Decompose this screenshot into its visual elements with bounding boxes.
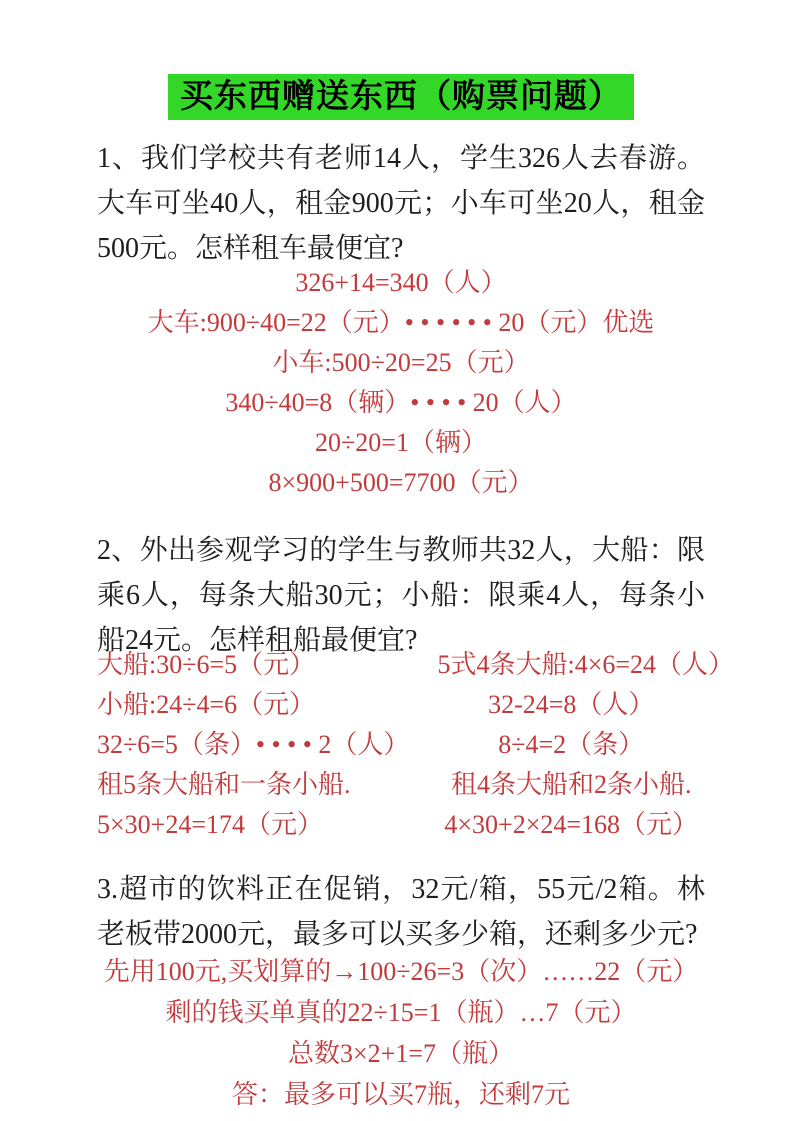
title-row: 买东西赠送东西（购票问题） (97, 74, 705, 120)
solution-line: 小船:24÷4=6（元） (97, 685, 437, 725)
solution-line: 租5条大船和一条小船. (97, 765, 437, 805)
problem-1-solution: 326+14=340（人） 大车:900÷40=22（元）• • • • • •… (97, 263, 705, 503)
problem-2-solution: 大船:30÷6=5（元） 小船:24÷4=6（元） 32÷6=5（条）• • •… (97, 645, 705, 845)
solution-line: 先用100元,买划算的→100÷26=3（次）……22（元） (97, 951, 705, 992)
solution-line: 剩的钱买单真的22÷15=1（瓶）…7（元） (97, 992, 705, 1033)
solution-line: 4×30+2×24=168（元） (437, 805, 705, 845)
problem-2-statement: 2、外出参观学习的学生与教师共32人，大船：限乘6人，每条大船30元；小船：限乘… (97, 528, 705, 663)
solution-line: 8×900+500=7700（元） (97, 463, 705, 503)
solution-line: 340÷40=8（辆）• • • • 20（人） (97, 383, 705, 423)
problem-3-solution: 先用100元,买划算的→100÷26=3（次）……22（元） 剩的钱买单真的22… (97, 951, 705, 1115)
problem-1: 1、我们学校共有老师14人，学生326人去春游。大车可坐40人，租金900元；小… (97, 136, 705, 503)
problem-2-solution-left-column: 大船:30÷6=5（元） 小船:24÷4=6（元） 32÷6=5（条）• • •… (97, 645, 437, 845)
page-title: 买东西赠送东西（购票问题） (168, 74, 634, 120)
solution-line: 5×30+24=174（元） (97, 805, 437, 845)
solution-line: 32-24=8（人） (437, 685, 705, 725)
solution-line: 5式4条大船:4×6=24（人） (437, 645, 705, 685)
problem-3: 3.超市的饮料正在促销，32元/箱，55元/2箱。林老板带2000元，最多可以买… (97, 867, 705, 1115)
answer-line: 答：最多可以买7瓶，还剩7元 (97, 1074, 705, 1115)
problem-2: 2、外出参观学习的学生与教师共32人，大船：限乘6人，每条大船30元；小船：限乘… (97, 528, 705, 845)
worksheet-page: 买东西赠送东西（购票问题） 1、我们学校共有老师14人，学生326人去春游。大车… (0, 0, 793, 1121)
solution-line: 总数3×2+1=7（瓶） (97, 1033, 705, 1074)
solution-line: 8÷4=2（条） (437, 725, 705, 765)
solution-line: 20÷20=1（辆） (97, 423, 705, 463)
problem-1-statement: 1、我们学校共有老师14人，学生326人去春游。大车可坐40人，租金900元；小… (97, 136, 705, 271)
solution-line: 大车:900÷40=22（元）• • • • • • 20（元）优选 (97, 303, 705, 343)
solution-line: 大船:30÷6=5（元） (97, 645, 437, 685)
solution-line: 小车:500÷20=25（元） (97, 343, 705, 383)
solution-line: 32÷6=5（条）• • • • 2（人） (97, 725, 437, 765)
solution-line: 租4条大船和2条小船. (437, 765, 705, 805)
problem-3-statement: 3.超市的饮料正在促销，32元/箱，55元/2箱。林老板带2000元，最多可以买… (97, 867, 705, 957)
problem-2-solution-right-column: 5式4条大船:4×6=24（人） 32-24=8（人） 8÷4=2（条） 租4条… (437, 645, 705, 845)
